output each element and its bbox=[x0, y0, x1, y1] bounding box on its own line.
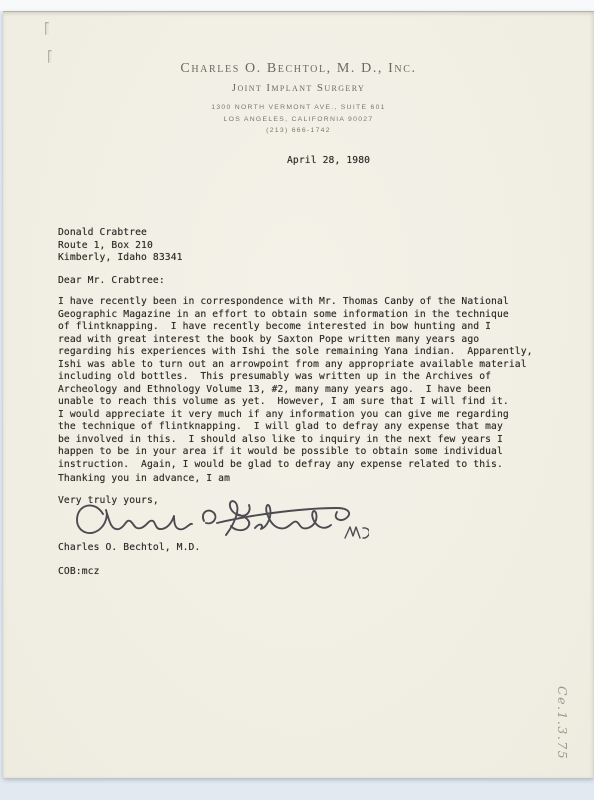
letterhead-subtitle: Joint Implant Surgery bbox=[3, 82, 594, 94]
letterhead-address-line2: LOS ANGELES, CALIFORNIA 90027 bbox=[3, 116, 594, 124]
letterhead-company-name: Charles O. Bechtol, M. D., Inc. bbox=[3, 61, 594, 76]
letter-date: April 28, 1980 bbox=[287, 155, 370, 168]
letter-paper: Charles O. Bechtol, M. D., Inc. Joint Im… bbox=[3, 11, 594, 778]
staple-mark bbox=[45, 22, 49, 35]
letterhead: Charles O. Bechtol, M. D., Inc. Joint Im… bbox=[3, 61, 594, 135]
letterhead-phone: (213) 666-1742 bbox=[3, 127, 594, 135]
signed-name: Charles O. Bechtol, M.D. bbox=[58, 542, 200, 555]
letter-body-paragraph: I have recently been in correspondence w… bbox=[58, 296, 533, 471]
letterhead-address-line1: 1300 NORTH VERMONT AVE., SUITE 601 bbox=[3, 104, 594, 112]
typist-reference: COB:mcz bbox=[58, 566, 100, 579]
catalog-pencil-mark: Ce.1.3.75 bbox=[555, 686, 570, 781]
salutation: Dear Mr. Crabtree: bbox=[58, 275, 165, 288]
pre-closing-line: Thanking you in advance, I am bbox=[58, 473, 230, 486]
scanner-background: Charles O. Bechtol, M. D., Inc. Joint Im… bbox=[0, 0, 594, 800]
recipient-address-block: Donald Crabtree Route 1, Box 210 Kimberl… bbox=[58, 227, 183, 265]
